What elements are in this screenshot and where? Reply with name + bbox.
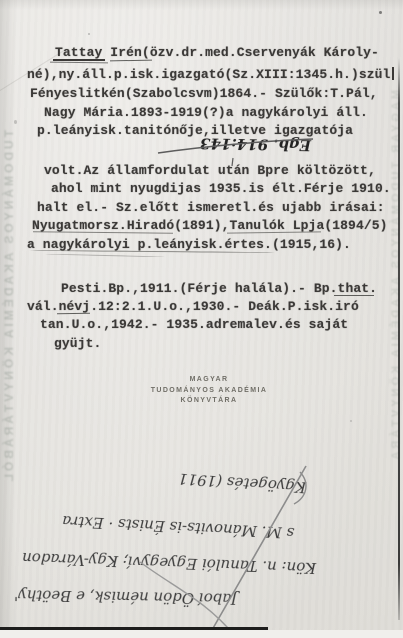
scan-right-edge — [398, 58, 400, 620]
handwritten-shelfmark-inverted: Egb. 914:143 — [163, 134, 311, 155]
library-stamp: MAGYAR TUDOMÁNYOS AKADÉMIA KÖNYVTÁRA — [148, 375, 270, 407]
underline-tattay-pencil — [50, 62, 108, 64]
stamp-line-3: KÖNYVTÁRA — [148, 396, 270, 407]
typed-line: halt el.- Sz.előtt ismeretl.és ujabb irá… — [37, 200, 385, 215]
typed-line: a nagykárolyi p.leányisk.értes.(1915,16)… — [27, 237, 351, 252]
typed-line: né),ny.áll.p.isk.igazgató(Sz.XIII:1345.h… — [27, 67, 390, 82]
typed-line: vál.névj.12:2.1.U.o.,1930.- Deák.P.isk.i… — [27, 299, 359, 314]
handwriting-line-inverted: Jaboí Ödön némisk, e Beöthy' — [14, 586, 238, 608]
bleed-through-text-right: MAGYAR TUDOMÁNYOS AKADÉMIA KÖNYVTÁRA — [390, 90, 402, 560]
top-edge-shadow — [0, 0, 403, 10]
typed-line: ahol mint nyugdijas 1935.is élt.Férje 19… — [51, 181, 391, 196]
typed-line: Nagy Mária.1893-1919(?)a nagykárolyi áll… — [44, 105, 368, 120]
ink-speck — [14, 120, 17, 124]
ink-speck — [88, 33, 90, 35]
typed-line: tan.U.o.,1942.- 1935.adremalev.és saját — [40, 317, 348, 332]
typed-line: gyüjt. — [54, 336, 101, 351]
handwriting-line-inverted: Kön: n. Tanulói Egyegyví; Kgy-Váradon — [22, 549, 317, 577]
typed-line: Pesti.Bp.,1911.(Férje halála).- Bp.that. — [61, 281, 377, 296]
handwriting-line-inverted: s M. Mánovits-is Énists · Extra — [62, 512, 295, 542]
typed-line: Tattay Irén(özv.dr.med.Cservenyák Károly… — [55, 45, 379, 60]
ink-speck — [350, 420, 352, 422]
typed-line: Fényeslitkén(Szabolcsvm)1864.- Szülők:T.… — [30, 86, 378, 101]
typed-line: volt.Az államfordulat után Bpre költözöt… — [44, 163, 376, 178]
typed-caret-mark — [392, 67, 394, 80]
scan-bottom-edge — [0, 627, 268, 630]
scan-bottom-strip — [0, 630, 403, 638]
typed-line: Nyugatmorsz.Hiradó(1891),Tanulók Lpja(18… — [32, 218, 388, 233]
scanned-catalog-card: TUDOMÁNYOS AKADÉMIA KÖNYVTÁRÁBÓL MAGYAR … — [0, 0, 403, 638]
ink-speck — [379, 11, 382, 14]
handwriting-line-inverted: Kgyögetés (1911 — [178, 470, 307, 497]
stamp-line-2: TUDOMÁNYOS AKADÉMIA — [148, 386, 270, 397]
underline-ertesito-wave — [45, 254, 165, 258]
left-edge-shadow — [0, 0, 16, 638]
stamp-line-1: MAGYAR — [148, 375, 270, 386]
